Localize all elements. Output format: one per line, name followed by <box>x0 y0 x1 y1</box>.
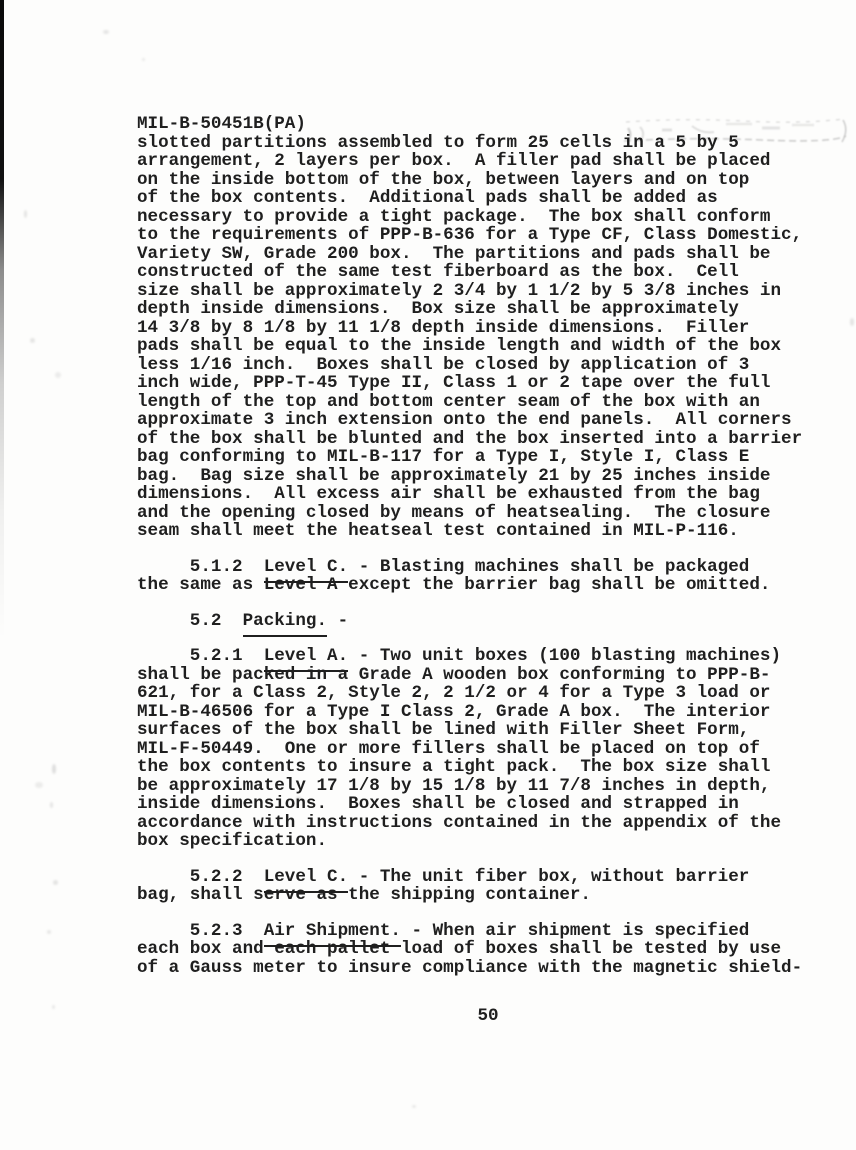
section-first-line: 5.1.2Level C. - Blasting machines shall … <box>137 558 839 577</box>
document-page: MIL-B-50451B(PA) slotted partitions asse… <box>0 0 856 1150</box>
scan-edge-artifact <box>0 0 4 640</box>
scan-speck <box>52 1005 55 1009</box>
section-heading-tail: - Blasting machines shall be packaged <box>348 557 749 577</box>
scan-speck <box>30 338 35 343</box>
scan-speck <box>55 372 61 378</box>
scan-speck <box>142 58 145 61</box>
paragraph-continuation: slotted partitions assembled to form 25 … <box>137 134 839 541</box>
section-first-line: 5.2.2Level C. - The unit fiber box, with… <box>137 868 839 887</box>
section-5-1-2: 5.1.2Level C. - Blasting machines shall … <box>137 558 839 595</box>
scan-speck <box>24 210 27 218</box>
section-first-line: 5.2.1Level A. - Two unit boxes (100 blas… <box>137 647 839 666</box>
section-number: 5.2 <box>190 611 222 631</box>
section-5-2-2: 5.2.2Level C. - The unit fiber box, with… <box>137 868 839 905</box>
scan-speck <box>52 764 56 774</box>
section-number: 5.1.2 <box>190 557 243 577</box>
document-content: MIL-B-50451B(PA) slotted partitions asse… <box>137 115 839 1026</box>
scan-speck <box>50 802 53 808</box>
scan-speck <box>35 782 43 788</box>
section-number: 5.2.1 <box>190 646 243 666</box>
section-heading-tail: - The unit fiber box, without barrier <box>348 867 749 887</box>
section-5-2-1: 5.2.1Level A. - Two unit boxes (100 blas… <box>137 647 839 851</box>
scan-speck <box>47 930 51 934</box>
section-body-lines: each box and each pallet load of boxes s… <box>137 940 839 977</box>
section-body-lines: bag, shall serve as the shipping contain… <box>137 886 839 905</box>
scan-speck <box>412 1105 416 1108</box>
scan-speck <box>850 318 854 326</box>
scan-speck <box>103 30 109 34</box>
page-number: 50 <box>137 1007 839 1026</box>
section-number: 5.2.2 <box>190 867 243 887</box>
section-heading-tail: - <box>327 611 348 631</box>
document-id: MIL-B-50451B(PA) <box>137 115 839 134</box>
section-heading-tail: - Two unit boxes (100 blasting machines) <box>348 646 781 666</box>
section-number: 5.2.3 <box>190 921 243 941</box>
section-first-line: 5.2Packing. - <box>137 612 839 631</box>
section-body-lines: the same as Level A except the barrier b… <box>137 576 839 595</box>
section-5-2: 5.2Packing. - <box>137 612 839 631</box>
section-5-2-3: 5.2.3Air Shipment. - When air shipment i… <box>137 922 839 978</box>
section-heading-tail: - When air shipment is specified <box>401 921 749 941</box>
section-first-line: 5.2.3Air Shipment. - When air shipment i… <box>137 922 839 941</box>
section-body-lines: shall be packed in a Grade A wooden box … <box>137 666 839 851</box>
section-heading: Packing. <box>243 611 327 637</box>
scan-speck <box>53 880 58 885</box>
